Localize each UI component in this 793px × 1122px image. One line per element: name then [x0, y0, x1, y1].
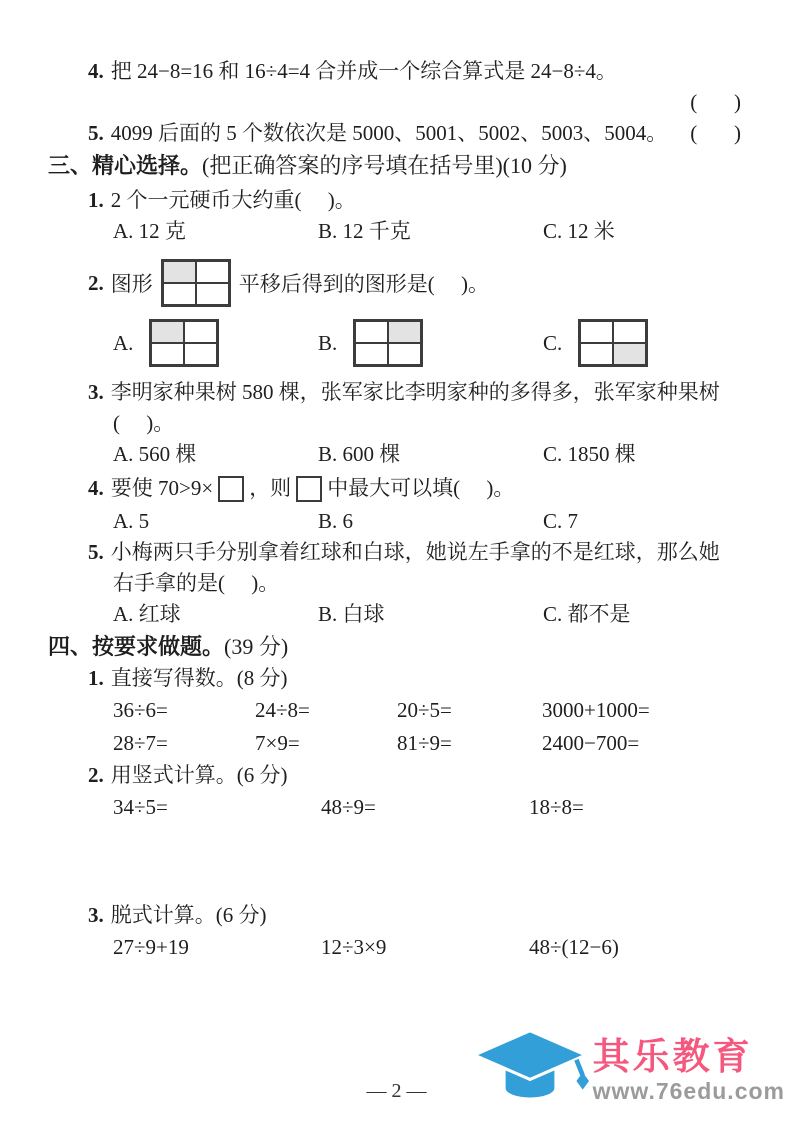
- item-number: 4.: [88, 476, 104, 500]
- question-item-5: 5.4099 后面的 5 个数依次是 5000、5001、5002、5003、5…: [48, 118, 741, 149]
- expression: 20÷5=: [397, 694, 542, 727]
- option-a: A.: [113, 319, 318, 367]
- brand-name: 其乐教育: [593, 1036, 785, 1078]
- expression: 48÷(12−6): [529, 931, 619, 964]
- option-a-grid: [149, 319, 219, 367]
- blank-box: [296, 476, 322, 502]
- grid-cell: [613, 343, 646, 365]
- expression: 3000+1000=: [542, 694, 650, 727]
- item-text: 小梅两只手分别拿着红球和白球，她说左手拿的不是红球，那么她: [111, 540, 720, 564]
- grid-cell: [196, 261, 229, 283]
- expression: 24÷8=: [255, 694, 397, 727]
- choice-question-4: 4.要使 70>9×，则中最大可以填( )。: [88, 470, 741, 506]
- expression: 34÷5=: [113, 791, 321, 824]
- expression: 12÷3×9: [321, 931, 529, 964]
- grid-cell: [184, 321, 217, 343]
- item-text: 4099 后面的 5 个数依次是 5000、5001、5002、5003、500…: [111, 121, 668, 145]
- item-number: 5.: [88, 540, 104, 564]
- grid-cell: [355, 321, 388, 343]
- options-row-q2: A. B. C.: [113, 315, 741, 371]
- option-b: B. 白球: [318, 599, 543, 630]
- section-heading-rest: (把正确答案的序号填在括号里)(10 分): [202, 153, 567, 178]
- option-b-grid: [353, 319, 423, 367]
- calc-row-2: 28÷7= 7×9= 81÷9= 2400−700=: [113, 727, 741, 760]
- choice-question-1: 1.2 个一元硬币大约重( )。: [88, 185, 741, 216]
- section-heading-3: 三、精心选择。(把正确答案的序号填在括号里)(10 分): [48, 149, 741, 182]
- grid-cell: [163, 283, 196, 305]
- option-c: C.: [543, 319, 656, 367]
- option-a: A. 5: [113, 506, 318, 537]
- subsection-2-title: 2.用竖式计算。(6 分): [88, 760, 741, 791]
- item-text: 2 个一元硬币大约重( )。: [111, 188, 356, 212]
- calc-row-4: 27÷9+19 12÷3×9 48÷(12−6): [113, 931, 741, 964]
- grid-cell: [151, 343, 184, 365]
- choice-question-5-line2: 右手拿的是( )。: [113, 568, 741, 599]
- grid-cell: [355, 343, 388, 365]
- item-text-before: 图形: [111, 268, 153, 298]
- item-text: 把 24−8=16 和 16÷4=4 合并成一个综合算式是 24−8÷4。: [111, 59, 617, 83]
- section-heading-bold: 三、精心选择。: [48, 153, 202, 178]
- item-text-seg2: ，则: [249, 476, 291, 500]
- option-c-grid: [578, 319, 648, 367]
- item-number: 2.: [88, 271, 104, 296]
- options-row-q5: A. 红球 B. 白球 C. 都不是: [113, 599, 741, 630]
- option-a: A. 红球: [113, 599, 318, 630]
- expression: 81÷9=: [397, 727, 542, 760]
- grid-cell: [580, 343, 613, 365]
- option-c: C. 1850 棵: [543, 439, 636, 470]
- item-text-after: 平移后得到的图形是( )。: [239, 268, 489, 298]
- item-number: 3.: [88, 380, 104, 404]
- item-text-wrap: 5.4099 后面的 5 个数依次是 5000、5001、5002、5003、5…: [88, 118, 667, 149]
- option-label: B.: [318, 331, 337, 356]
- options-row-q4: A. 5 B. 6 C. 7: [113, 506, 741, 537]
- item-text: 脱式计算。(6 分): [111, 903, 267, 927]
- option-b: B. 600 棵: [318, 439, 543, 470]
- option-c: C. 12 米: [543, 216, 615, 247]
- item-number: 4.: [88, 59, 104, 83]
- option-b: B.: [318, 319, 543, 367]
- calc-row-1: 36÷6= 24÷8= 20÷5= 3000+1000=: [113, 694, 741, 727]
- choice-question-5: 5.小梅两只手分别拿着红球和白球，她说左手拿的不是红球，那么她: [88, 537, 741, 568]
- options-row-q1: A. 12 克 B. 12 千克 C. 12 米: [113, 216, 741, 247]
- item-text: 直接写得数。(8 分): [111, 666, 288, 690]
- item-number: 3.: [88, 903, 104, 927]
- item-text-seg3: 中最大可以填( )。: [327, 476, 514, 500]
- grid-cell: [151, 321, 184, 343]
- expression: 36÷6=: [113, 694, 255, 727]
- section-heading-bold: 四、按要求做题。: [48, 634, 224, 659]
- item-text-seg1: 要使 70>9×: [111, 476, 213, 500]
- item-text: 李明家种果树 580 棵，张军家比李明家种的多得多，张军家种果树: [111, 380, 720, 404]
- question-item-4: 4.把 24−8=16 和 16÷4=4 合并成一个综合算式是 24−8÷4。: [88, 56, 741, 87]
- item-number: 1.: [88, 188, 104, 212]
- section-heading-rest: (39 分): [224, 634, 288, 659]
- calc-row-3: 34÷5= 48÷9= 18÷8=: [113, 791, 741, 824]
- expression: 18÷8=: [529, 791, 584, 824]
- option-b: B. 6: [318, 506, 543, 537]
- options-row-q3: A. 560 棵 B. 600 棵 C. 1850 棵: [113, 439, 741, 470]
- grid-cell: [388, 343, 421, 365]
- expression: 2400−700=: [542, 727, 639, 760]
- choice-question-3-line2: ( )。: [113, 408, 741, 439]
- choice-question-2: 2.图形 平移后得到的图形是( )。: [88, 251, 741, 315]
- page-number: — 2 —: [0, 1080, 793, 1103]
- subsection-3-title: 3.脱式计算。(6 分): [88, 900, 741, 931]
- expression: 28÷7=: [113, 727, 255, 760]
- worksheet-content: 4.把 24−8=16 和 16÷4=4 合并成一个综合算式是 24−8÷4。 …: [0, 0, 793, 964]
- grid-cell: [580, 321, 613, 343]
- blank-box: [218, 476, 244, 502]
- grid-cell: [163, 261, 196, 283]
- figure-grid: [161, 259, 231, 307]
- option-c: C. 都不是: [543, 599, 631, 630]
- item-number: 5.: [88, 121, 104, 145]
- expression: 7×9=: [255, 727, 397, 760]
- grid-cell: [613, 321, 646, 343]
- grid-cell: [196, 283, 229, 305]
- expression: 27÷9+19: [113, 931, 321, 964]
- subsection-1-title: 1.直接写得数。(8 分): [88, 663, 741, 694]
- section-heading-4: 四、按要求做题。(39 分): [48, 630, 741, 663]
- worksheet-page: 4.把 24−8=16 和 16÷4=4 合并成一个综合算式是 24−8÷4。 …: [0, 0, 793, 1122]
- option-label: C.: [543, 331, 562, 356]
- grid-cell: [388, 321, 421, 343]
- option-c: C. 7: [543, 506, 578, 537]
- working-space: [48, 824, 741, 900]
- answer-bracket: ( ): [48, 87, 741, 118]
- item-text: 用竖式计算。(6 分): [111, 763, 288, 787]
- option-b: B. 12 千克: [318, 216, 543, 247]
- choice-question-3: 3.李明家种果树 580 棵，张军家比李明家种的多得多，张军家种果树: [88, 377, 741, 408]
- item-number: 1.: [88, 666, 104, 690]
- option-label: A.: [113, 331, 133, 356]
- grid-cell: [184, 343, 217, 365]
- option-a: A. 12 克: [113, 216, 318, 247]
- answer-bracket: ( ): [690, 118, 741, 149]
- option-a: A. 560 棵: [113, 439, 318, 470]
- expression: 48÷9=: [321, 791, 529, 824]
- item-number: 2.: [88, 763, 104, 787]
